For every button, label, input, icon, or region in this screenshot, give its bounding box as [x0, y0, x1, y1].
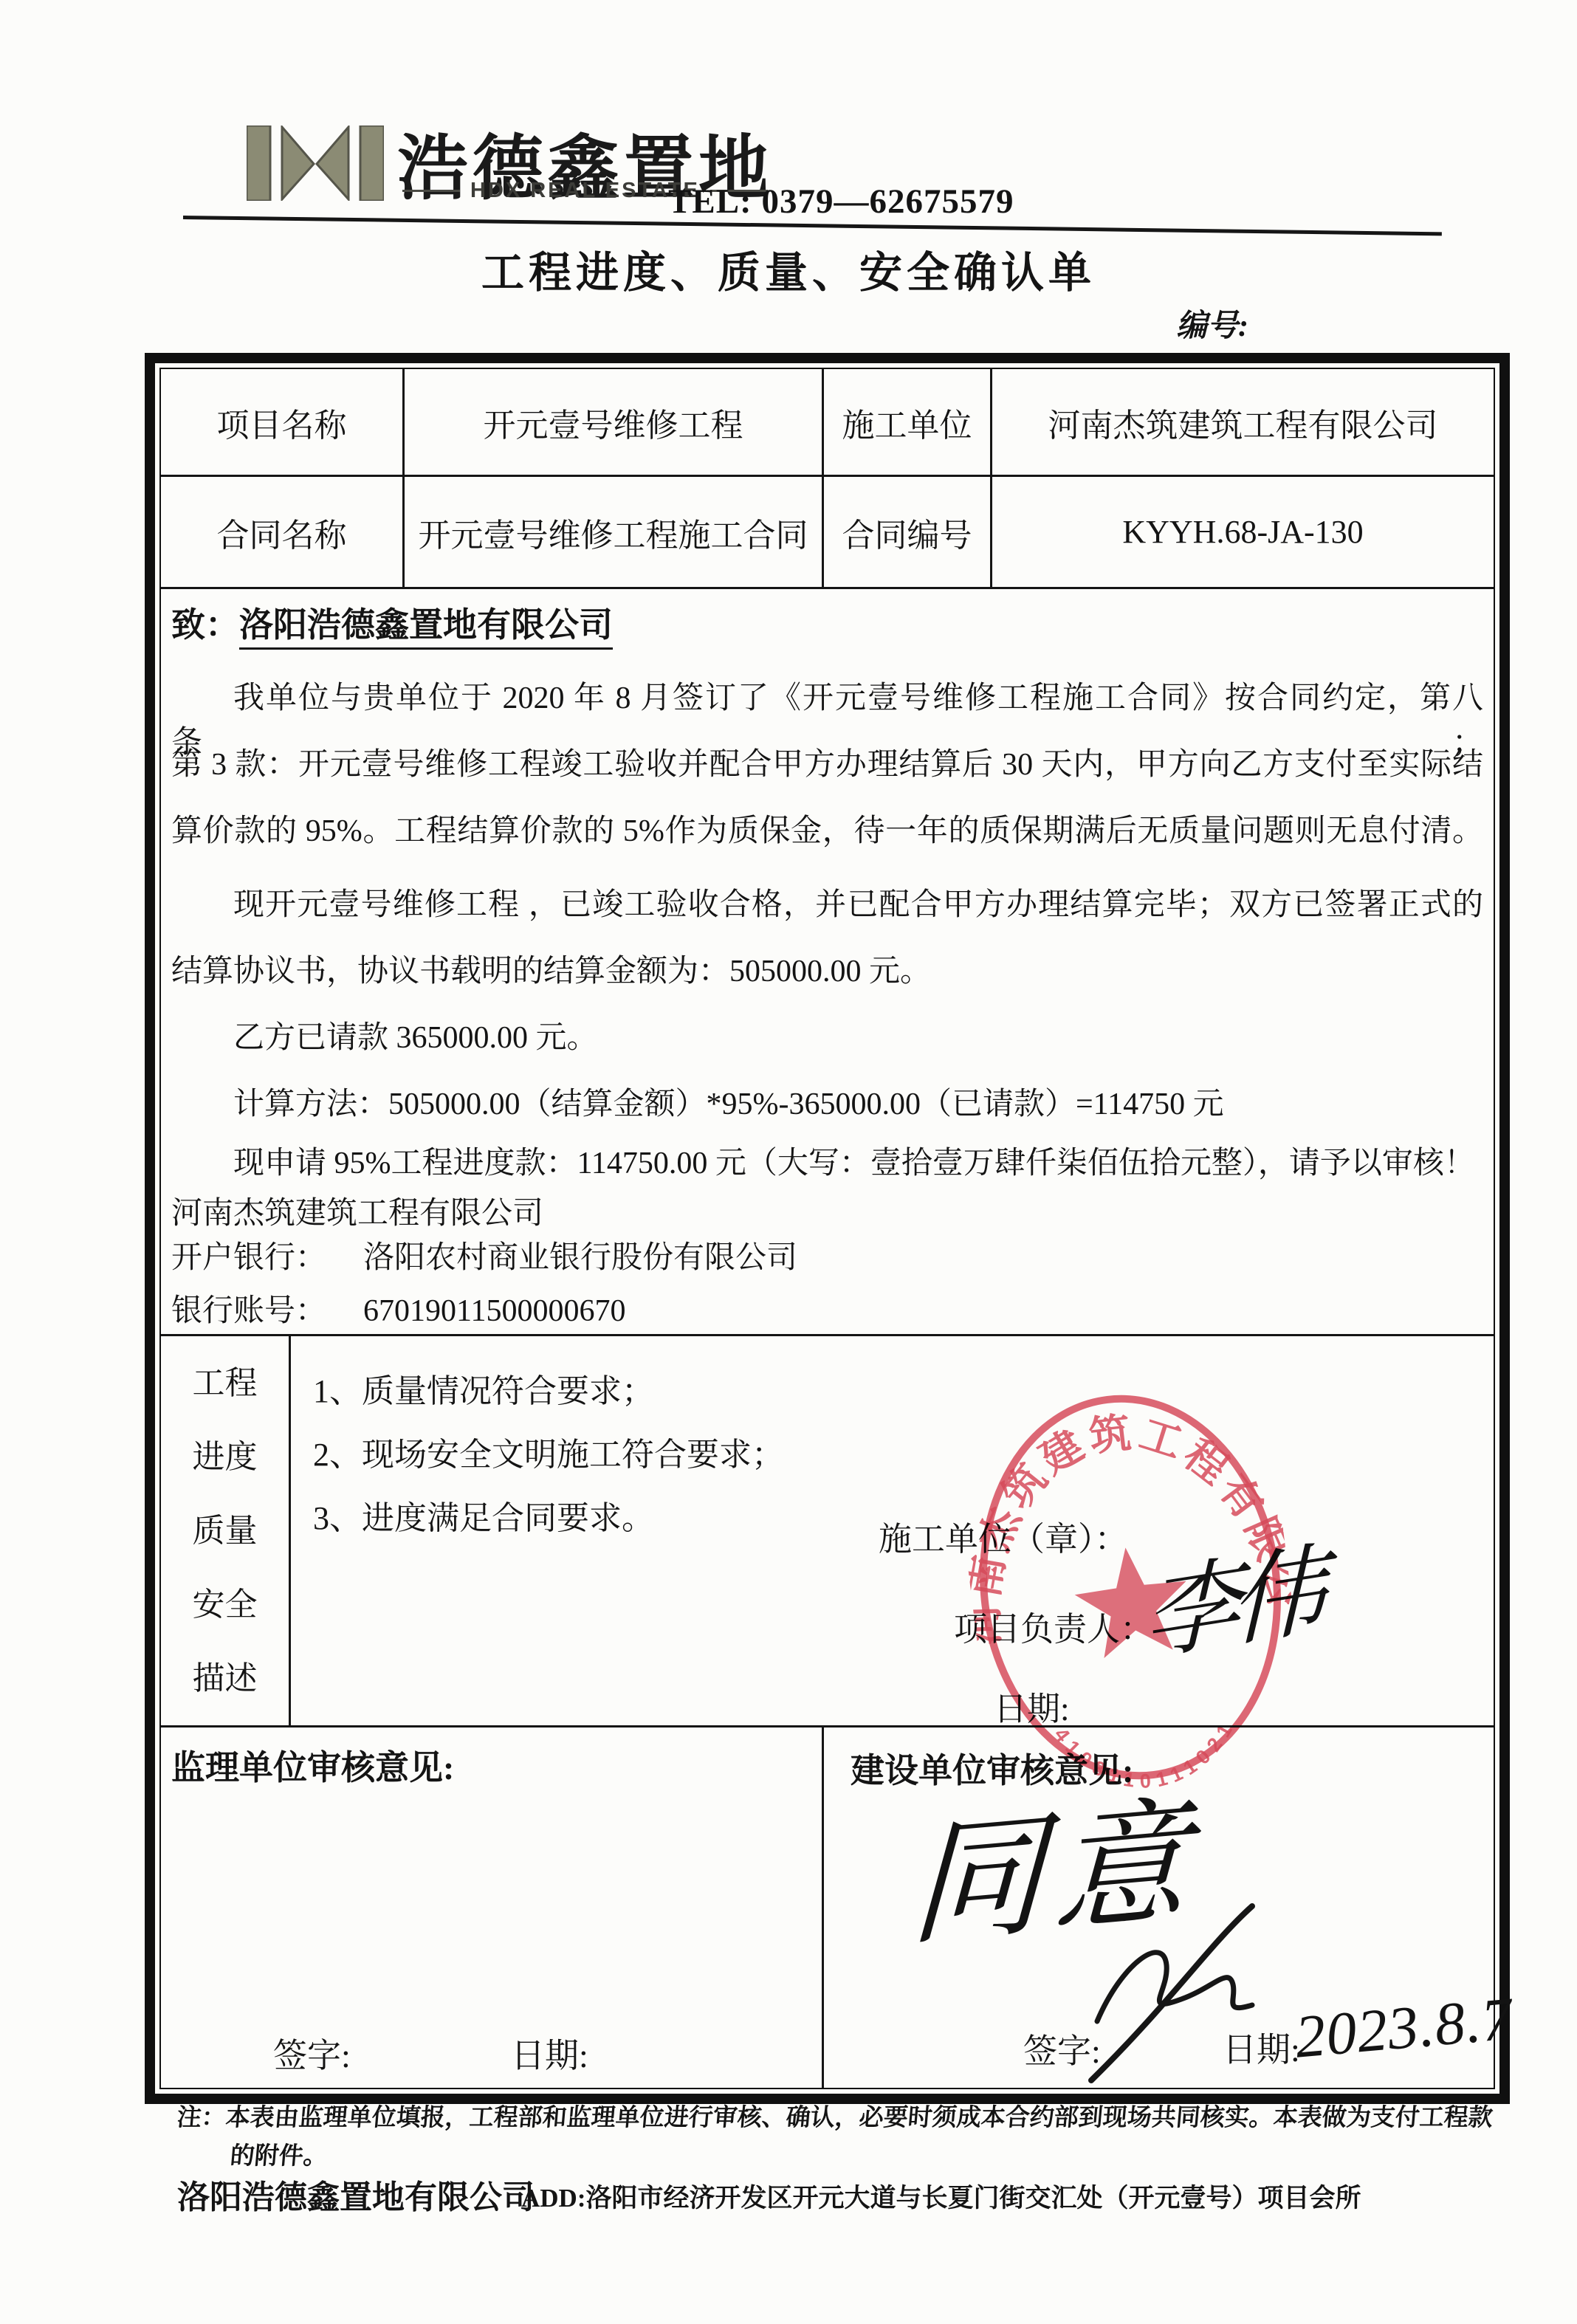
- contract-name-label: 合同名称: [161, 477, 405, 589]
- account-label: 银行账号：: [171, 1294, 326, 1328]
- contractor-value: 河南杰筑建筑工程有限公司: [992, 369, 1494, 477]
- body-paragraph-8: 现申请 95%工程进度款：114750.00 元（大写：壹拾壹万肆仟柒佰伍拾元整…: [171, 1138, 1475, 1183]
- contractor-company-line: 河南杰筑建筑工程有限公司: [171, 1189, 543, 1233]
- project-name-label: 项目名称: [161, 369, 405, 477]
- body-paragraph-5: 结算协议书，协议书载明的结算金额为：505000.00 元。: [171, 946, 931, 991]
- page-title: 工程进度、质量、安全确认单: [0, 238, 1577, 300]
- builder-signature-scribble: [1054, 1894, 1298, 2101]
- hdx-logo-icon: [247, 126, 384, 201]
- footnote-line-1: 注：本表由监理单位填报，工程部和监理单位进行审核、确认，必要时须成本合约部到现场…: [176, 2098, 1494, 2133]
- scanned-confirmation-form: 浩德鑫置地 HDX REAL ESTATE TEL: 0379—62675579…: [0, 0, 1577, 2324]
- body-paragraph-3: 算价款的 95%。工程结算价款的 5%作为质保金，待一年的质保期满后无质量问题则…: [171, 806, 1483, 850]
- account-line: 银行账号：67019011500000670: [171, 1286, 625, 1330]
- footnote-line-2: 的附件。: [229, 2136, 329, 2171]
- description-side-label: 工程 进度 质量 安全 描述: [161, 1336, 291, 1727]
- addressee-label: 致：: [171, 606, 239, 644]
- brand-subtitle-text: HDX REAL ESTATE: [470, 179, 700, 203]
- addressee-line: 致：洛阳浩德鑫置地有限公司: [171, 598, 613, 647]
- contract-no-label: 合同编号: [824, 477, 992, 589]
- doc-number-label: 编号:: [1176, 301, 1248, 345]
- supervisor-review-title: 监理单位审核意见:: [171, 1741, 454, 1790]
- project-name-value: 开元壹号维修工程: [405, 369, 824, 477]
- description-item-2: 2、现场安全文明施工符合要求；: [313, 1428, 784, 1475]
- contractor-label: 施工单位: [824, 369, 992, 477]
- description-item-3: 3、进度满足合同要求。: [313, 1491, 654, 1539]
- body-paragraph-7: 计算方法：505000.00（结算金额）*95%-365000.00（已请款）=…: [171, 1079, 1224, 1124]
- bank-line: 开户银行：洛阳农村商业银行股份有限公司: [171, 1233, 797, 1277]
- description-item-1: 1、质量情况符合要求；: [313, 1364, 654, 1412]
- addressee-company: 洛阳浩德鑫置地有限公司: [239, 606, 613, 650]
- bank-value: 洛阳农村商业银行股份有限公司: [363, 1241, 797, 1275]
- body-paragraph-4: 现开元壹号维修工程 ，已竣工验收合格，并已配合甲方办理结算完毕；双方已签署正式的: [171, 880, 1483, 924]
- subtitle-left-rule: [402, 190, 460, 192]
- body-paragraph-2: 第 3 款：开元壹号维修工程竣工验收并配合甲方办理结算后 30 天内，甲方向乙方…: [171, 740, 1483, 784]
- tel-number: TEL: 0379—62675579: [668, 182, 1014, 221]
- footer-address: ADD:洛阳市经济开发区开元大道与长夏门街交汇处（开元壹号）项目会所: [521, 2178, 1361, 2215]
- body-paragraph-6: 乙方已请款 365000.00 元。: [171, 1013, 598, 1057]
- supervisor-review-cell: 监理单位审核意见: 签字: 日期:: [161, 1727, 824, 2088]
- confirmation-table: 项目名称 开元壹号维修工程 施工单位 河南杰筑建筑工程有限公司 合同名称 开元壹…: [145, 353, 1510, 2104]
- bank-label: 开户银行：: [171, 1241, 326, 1275]
- manager-signature: 李伟: [1144, 1510, 1316, 1680]
- account-value: 67019011500000670: [363, 1294, 625, 1328]
- supervisor-date-label: 日期:: [511, 2029, 588, 2077]
- footer-company: 洛阳浩德鑫置地有限公司: [177, 2170, 535, 2218]
- letter-body: 致：洛阳浩德鑫置地有限公司 我单位与贵单位于 2020 年 8 月签订了《开元壹…: [161, 589, 1494, 1336]
- contract-no-value: KYYH.68-JA-130: [992, 477, 1494, 589]
- contract-name-value: 开元壹号维修工程施工合同: [405, 477, 824, 589]
- supervisor-sign-label: 签字:: [273, 2029, 351, 2077]
